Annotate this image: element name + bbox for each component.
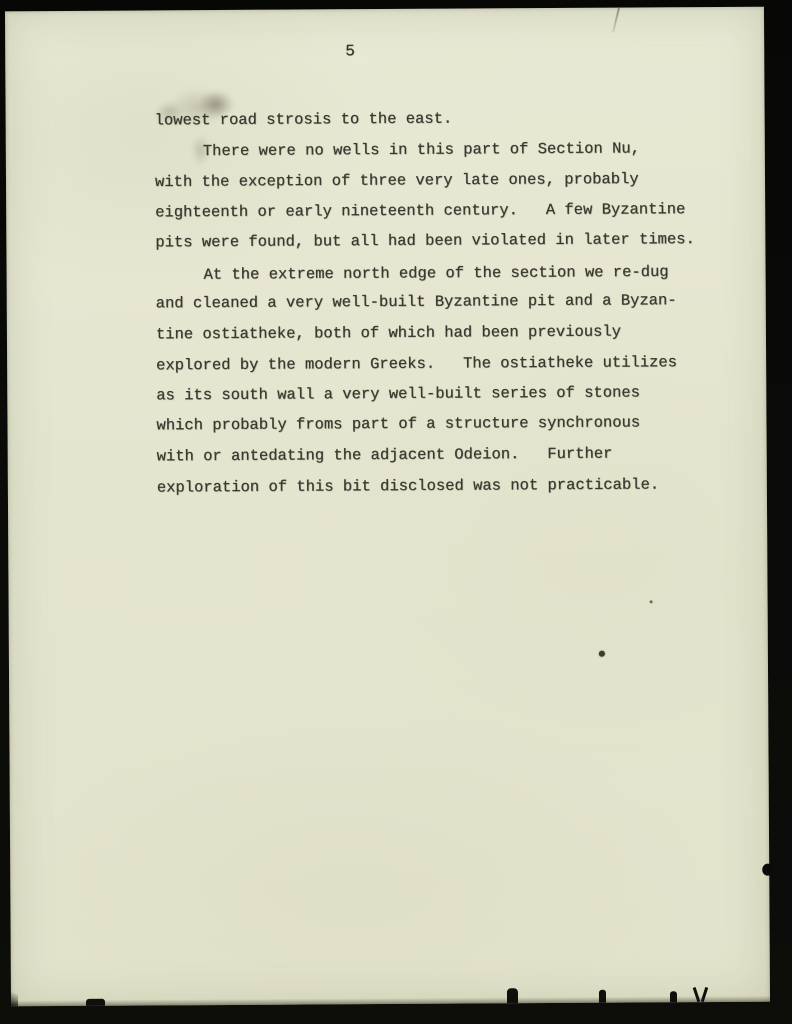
document-page: 5 lowest road strosis to the east. There…	[5, 7, 770, 1007]
typed-line: and cleaned a very well-built Byzantine …	[156, 285, 736, 319]
bottom-left-corner-shadow	[11, 983, 18, 1006]
typed-line: explored by the modern Greeks. The ostia…	[156, 347, 736, 381]
bottom-edge-shadow	[11, 996, 770, 1007]
top-edge-crease	[612, 8, 619, 33]
right-edge-nick	[762, 864, 773, 876]
bottom-edge-mark	[507, 988, 518, 1003]
bottom-edge-mark	[86, 999, 105, 1006]
ink-dot	[599, 651, 605, 657]
typed-line: as its south wall a very well-built seri…	[156, 376, 736, 410]
page-number: 5	[345, 42, 355, 60]
scanner-background: 5 lowest road strosis to the east. There…	[0, 0, 792, 1024]
typed-line: tine ostiatheke, both of which had been …	[156, 315, 736, 349]
paper-speck	[650, 600, 653, 603]
bottom-edge-mark	[670, 991, 677, 1002]
typed-line: with or antedating the adjacent Odeion. …	[157, 437, 737, 471]
typed-line: with the exception of three very late on…	[155, 163, 735, 197]
typed-line: which probably froms part of a structure…	[156, 407, 736, 441]
bottom-edge-mark	[599, 990, 606, 1003]
typed-line: lowest road strosis to the east.	[155, 102, 735, 136]
typed-line: exploration of this bit disclosed was no…	[157, 469, 737, 503]
typed-line: At the extreme north edge of the section…	[155, 256, 735, 290]
typed-text-block: lowest road strosis to the east. There w…	[155, 102, 737, 502]
typed-line: eighteenth or early nineteenth century. …	[155, 193, 735, 227]
typed-line: pits were found, but all had been violat…	[155, 224, 735, 258]
typed-line: There were no wells in this part of Sect…	[155, 132, 735, 166]
